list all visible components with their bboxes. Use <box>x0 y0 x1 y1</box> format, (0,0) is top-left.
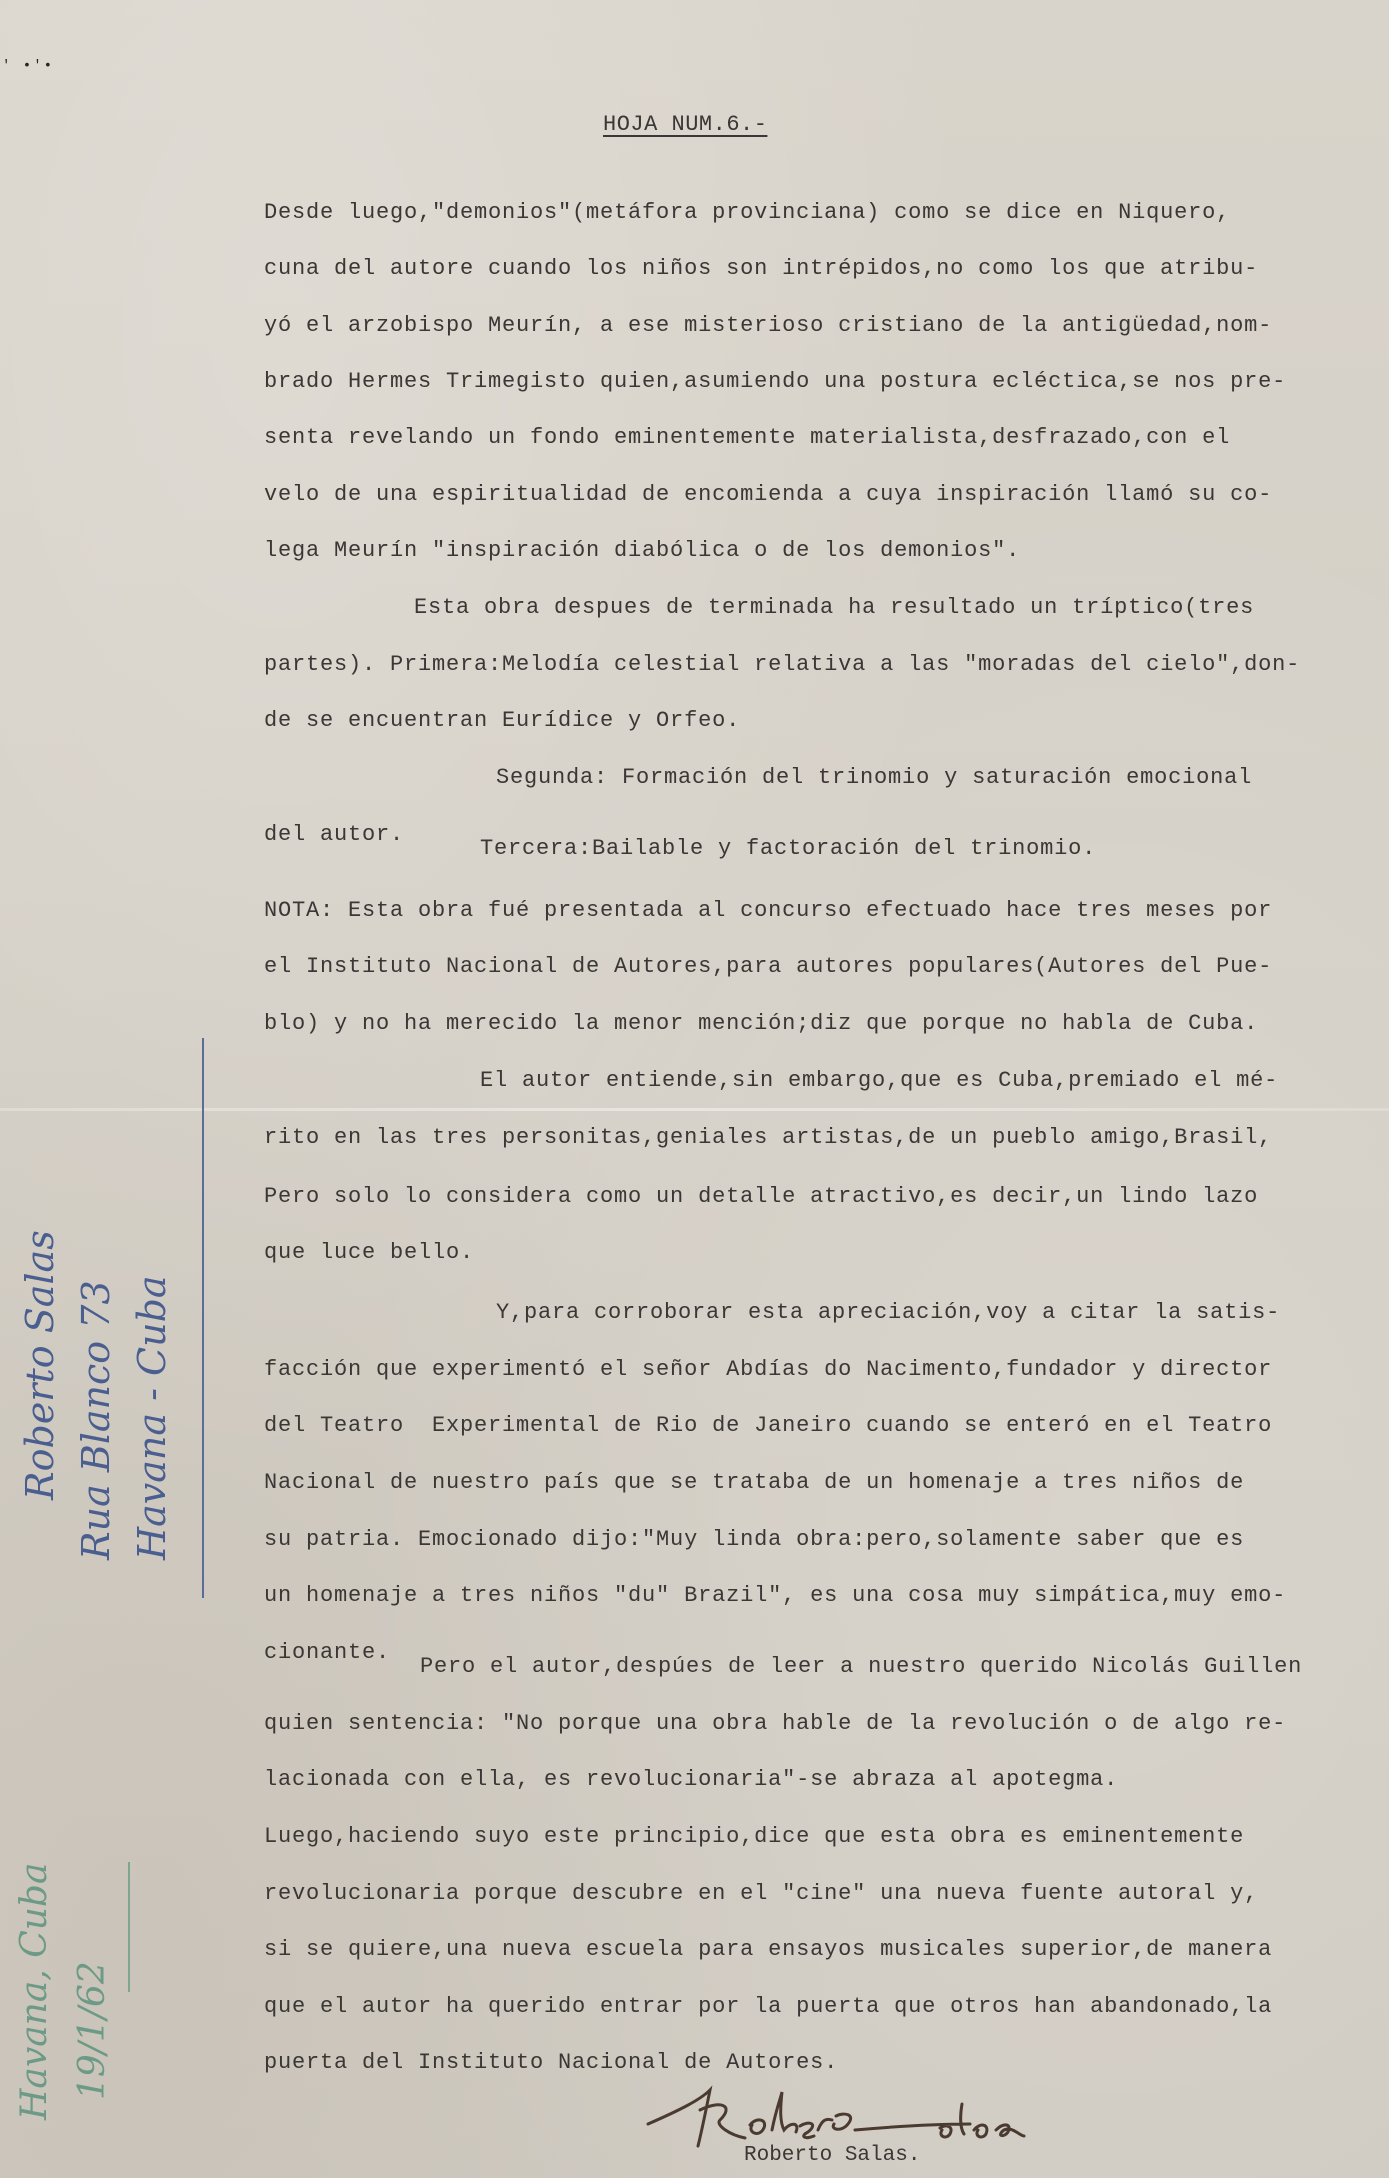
text-line: que el autor ha querido entrar por la pu… <box>264 1994 1272 2019</box>
text-line: lacionada con ella, es revolucionaria"-s… <box>264 1767 1118 1792</box>
margin-underline-green <box>128 1862 130 1992</box>
text-line: brado Hermes Trimegisto quien,asumiendo … <box>264 369 1286 394</box>
text-line: el Instituto Nacional de Autores,para au… <box>264 954 1272 979</box>
text-line: lega Meurín "inspiración diabólica o de … <box>264 538 1020 563</box>
text-line: revolucionaria porque descubre en el "ci… <box>264 1881 1258 1906</box>
text-line: yó el arzobispo Meurín, a ese misterioso… <box>264 313 1272 338</box>
text-line: Pero el autor,despúes de leer a nuestro … <box>420 1654 1302 1679</box>
text-line: velo de una espiritualidad de encomienda… <box>264 482 1272 507</box>
text-line: cionante. <box>264 1640 390 1665</box>
text-line: del autor. <box>264 822 404 847</box>
text-line: si se quiere,una nueva escuela para ensa… <box>264 1937 1272 1962</box>
text-line: El autor entiende,sin embargo,que es Cub… <box>480 1068 1278 1093</box>
margin-note-place: Havana, Cuba <box>14 1863 55 2120</box>
text-line: facción que experimentó el señor Abdías … <box>264 1357 1272 1382</box>
text-line: Y,para corroborar esta apreciación,voy a… <box>496 1300 1280 1325</box>
text-line: senta revelando un fondo eminentemente m… <box>264 425 1230 450</box>
margin-note-street: Rua Blanco 73 <box>74 1280 118 1560</box>
text-line: de se encuentran Eurídice y Orfeo. <box>264 708 740 733</box>
edge-marks: ' •'• <box>2 58 54 74</box>
handwritten-signature <box>640 2080 1220 2150</box>
text-line: cuna del autore cuando los niños son int… <box>264 256 1258 281</box>
text-line: blo) y no ha merecido la menor mención;d… <box>264 1011 1258 1036</box>
text-line: Segunda: Formación del trinomio y satura… <box>496 765 1252 790</box>
text-line: Tercera:Bailable y factoración del trino… <box>480 836 1096 861</box>
paper-fold-crease <box>0 1108 1389 1111</box>
margin-underline-blue <box>202 1038 204 1598</box>
text-line: que luce bello. <box>264 1240 474 1265</box>
text-line: partes). Primera:Melodía celestial relat… <box>264 652 1300 677</box>
text-line: un homenaje a tres niños "du" Brazil", e… <box>264 1583 1286 1608</box>
text-line: su patria. Emocionado dijo:"Muy linda ob… <box>264 1527 1244 1552</box>
text-line: Nacional de nuestro país que se trataba … <box>264 1470 1244 1495</box>
text-line: Esta obra despues de terminada ha result… <box>414 595 1254 620</box>
margin-note-name: Roberto Salas <box>18 1230 62 1500</box>
page-title: HOJA NUM.6.- <box>603 112 767 137</box>
margin-note-city: Havana - Cuba <box>130 1275 174 1560</box>
text-line: puerta del Instituto Nacional de Autores… <box>264 2050 838 2075</box>
text-line: Pero solo lo considera como un detalle a… <box>264 1184 1258 1209</box>
margin-note-date: 19/1/62 <box>72 1961 113 2100</box>
text-line: Desde luego,"demonios"(metáfora provinci… <box>264 200 1230 225</box>
text-line: NOTA: Esta obra fué presentada al concur… <box>264 898 1272 923</box>
text-line: Luego,haciendo suyo este principio,dice … <box>264 1824 1244 1849</box>
text-line: rito en las tres personitas,geniales art… <box>264 1125 1272 1150</box>
text-line: quien sentencia: "No porque una obra hab… <box>264 1711 1286 1736</box>
text-line: del Teatro Experimental de Rio de Janeir… <box>264 1413 1272 1438</box>
typed-signature: Roberto Salas. <box>744 2144 920 2167</box>
